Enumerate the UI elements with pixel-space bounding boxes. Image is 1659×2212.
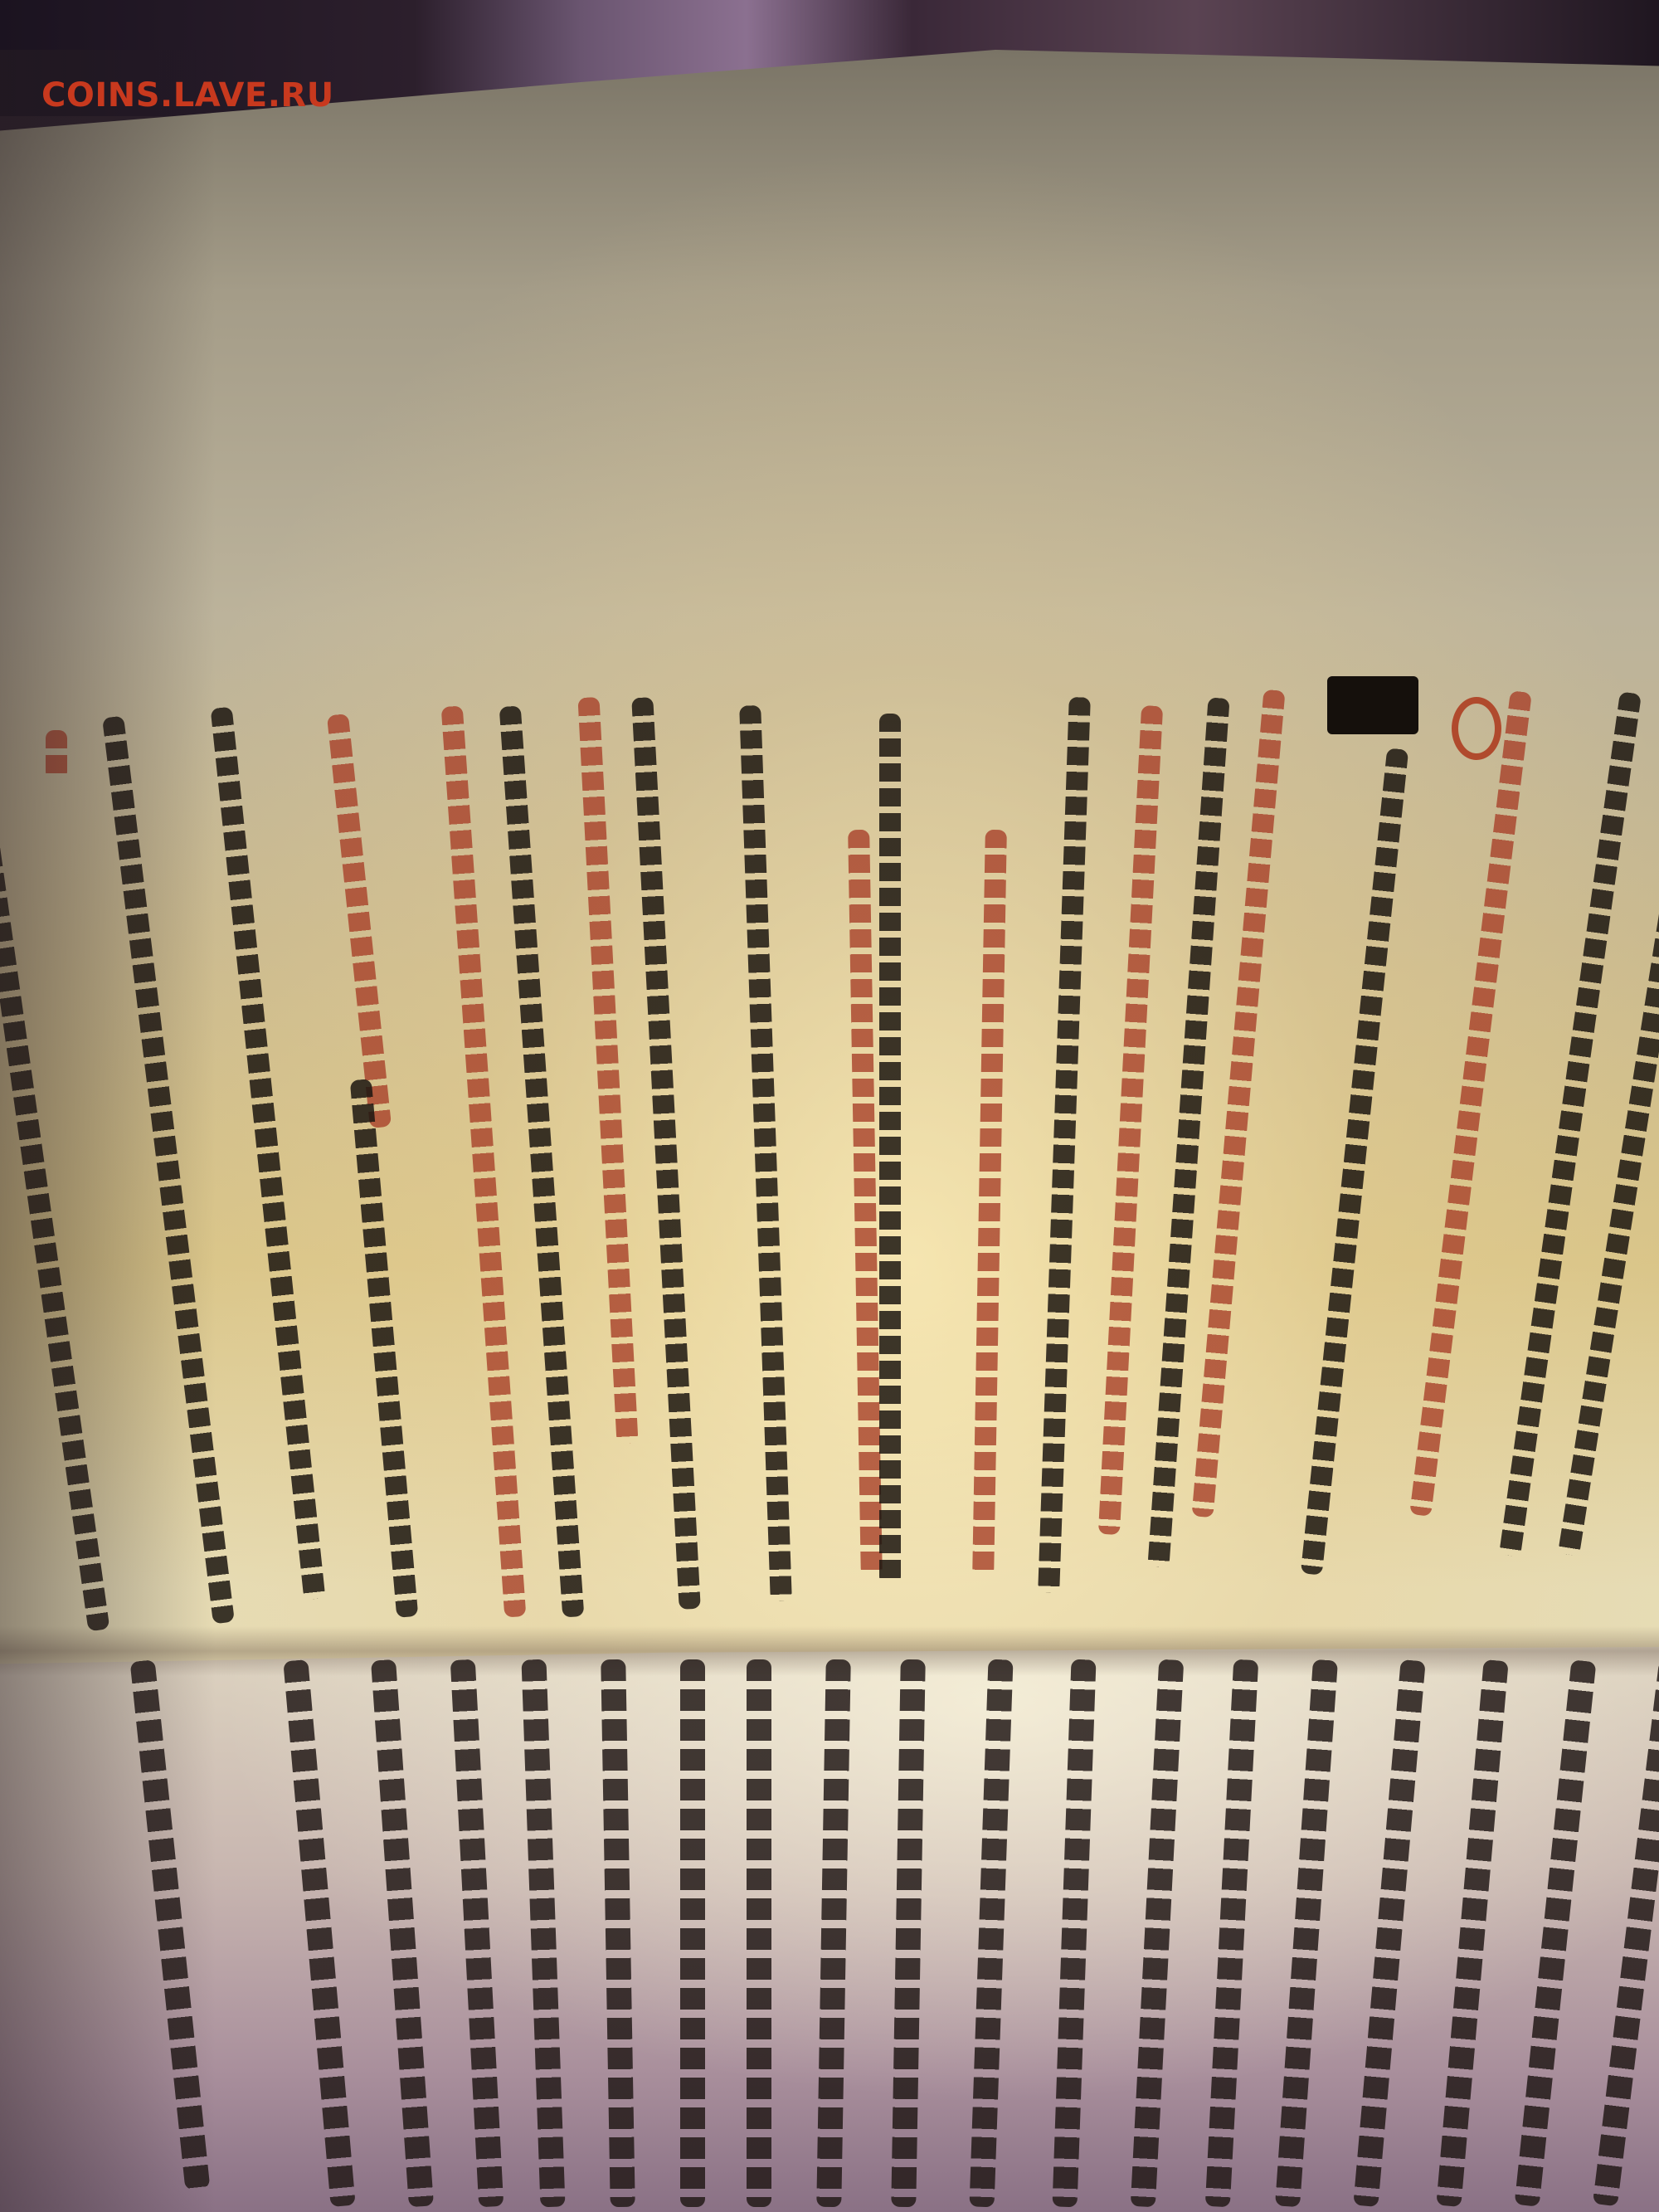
text-column <box>680 1659 705 2207</box>
book-photo: COINS.LAVE.RU Open pages of an old Churc… <box>0 0 1659 2212</box>
text-column <box>450 1659 504 2208</box>
text-column <box>1205 1659 1259 2208</box>
lower-text-columns <box>0 0 1659 2212</box>
text-column <box>283 1659 355 2207</box>
text-column <box>816 1659 851 2207</box>
text-column <box>1515 1659 1597 2207</box>
text-column <box>1275 1659 1338 2207</box>
shadow-vignette <box>0 50 216 2212</box>
watermark: COINS.LAVE.RU <box>41 76 334 114</box>
text-column <box>747 1659 771 2207</box>
text-column <box>1436 1659 1508 2207</box>
text-column <box>1052 1659 1096 2208</box>
text-column <box>1131 1659 1185 2208</box>
text-column <box>891 1659 926 2207</box>
text-column <box>521 1659 565 2208</box>
text-column <box>969 1659 1013 2208</box>
text-column <box>601 1659 635 2207</box>
text-column <box>1353 1659 1425 2207</box>
text-column <box>371 1659 434 2207</box>
text-column <box>1593 1660 1659 2207</box>
